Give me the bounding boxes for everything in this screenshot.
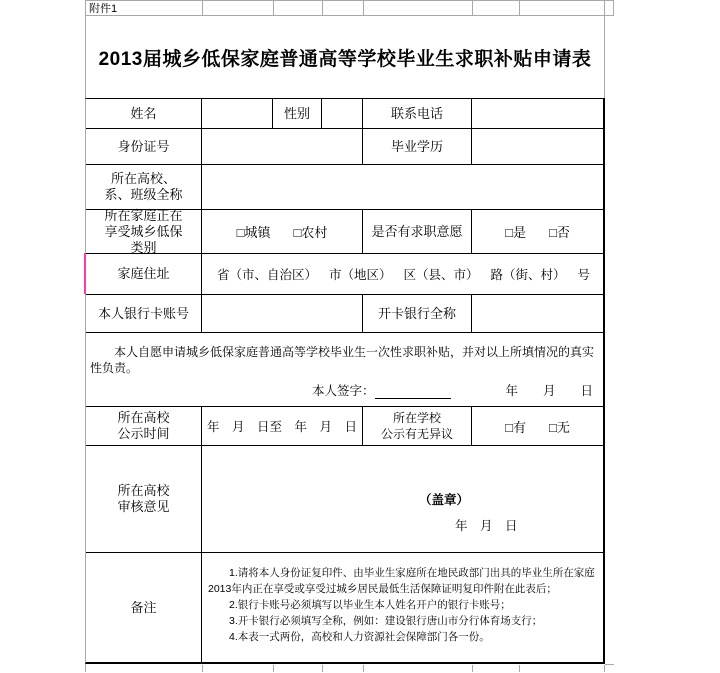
gridline-stub bbox=[604, 665, 605, 672]
address-road: 路（街、村） bbox=[490, 265, 565, 283]
bank-name-input-cell[interactable] bbox=[472, 295, 603, 333]
gridline-stub bbox=[273, 665, 274, 672]
bank-card-label: 本人银行卡账号 bbox=[86, 295, 202, 333]
id-number-label: 身份证号 bbox=[86, 129, 202, 165]
bank-name-label: 开卡银行全称 bbox=[363, 295, 472, 333]
objection-options-cell: □有 □无 bbox=[472, 407, 603, 446]
gridline-stub bbox=[202, 665, 203, 672]
checkbox-no[interactable]: □否 bbox=[549, 222, 570, 241]
checkbox-rural[interactable]: □农村 bbox=[294, 222, 328, 241]
name-input-cell[interactable] bbox=[202, 99, 273, 129]
attachment-label: 附件1 bbox=[89, 3, 117, 15]
gender-label: 性别 bbox=[273, 99, 322, 129]
application-form-table: 姓名 性别 联系电话 身份证号 毕业学历 所在高校、 系、班级全称 所在家庭正在… bbox=[85, 98, 605, 664]
review-date: 年 月 日 bbox=[455, 516, 518, 534]
gridline-top bbox=[85, 0, 614, 1]
gridline-stub bbox=[363, 0, 364, 16]
id-number-input-cell[interactable] bbox=[202, 129, 363, 165]
checkbox-has-objection[interactable]: □有 bbox=[505, 417, 526, 436]
school-label: 所在高校、 系、班级全称 bbox=[86, 165, 202, 210]
job-intent-label: 是否有求职意愿 bbox=[363, 210, 472, 254]
gridline-stub bbox=[519, 0, 520, 16]
gridline-stub bbox=[519, 665, 520, 672]
gridline-stub bbox=[472, 665, 473, 672]
declaration-text: 本人自愿申请城乡低保家庭普通高等学校毕业生一次性求职补贴，并对以上所填情况的真实… bbox=[90, 344, 598, 376]
gridline-stub bbox=[363, 665, 364, 672]
declaration-cell: 本人自愿申请城乡低保家庭普通高等学校毕业生一次性求职补贴，并对以上所填情况的真实… bbox=[86, 333, 603, 407]
publicity-time-label: 所在高校 公示时间 bbox=[86, 407, 202, 446]
notes-text: 1.请将本人身份证复印件、由毕业生家庭所在地民政部门出具的毕业生所在家庭 201… bbox=[202, 553, 603, 662]
signature-label: 本人签字： bbox=[312, 381, 375, 399]
degree-input-cell[interactable] bbox=[472, 129, 603, 165]
gridline-stub bbox=[202, 0, 203, 16]
publicity-dates-cell[interactable]: 年 月 日至 年 月 日 bbox=[202, 407, 363, 446]
address-input-cell[interactable]: 省（市、自治区） 市（地区） 区（县、市） 路（街、村） 号 bbox=[202, 254, 603, 295]
checkbox-yes[interactable]: □是 bbox=[505, 222, 526, 241]
gridline-stub bbox=[472, 0, 473, 16]
address-district: 区（县、市） bbox=[403, 265, 478, 283]
signature-row: 本人签字： 年 月 日 bbox=[90, 381, 598, 399]
school-input-cell[interactable] bbox=[202, 165, 603, 210]
lowbao-category-label: 所在家庭正在 享受城乡低保 类别 bbox=[86, 210, 202, 254]
phone-input-cell[interactable] bbox=[472, 99, 603, 129]
gridline-row1-bottom bbox=[85, 15, 614, 16]
degree-label: 毕业学历 bbox=[363, 129, 472, 165]
gridline-stub bbox=[322, 0, 323, 16]
review-opinion-cell[interactable]: （盖章） 年 月 日 bbox=[202, 446, 603, 553]
phone-label: 联系电话 bbox=[363, 99, 472, 129]
address-label: 家庭住址 bbox=[86, 254, 202, 295]
notes-label: 备注 bbox=[86, 553, 202, 662]
gridline-bottom-right bbox=[605, 664, 614, 665]
gridline-stub bbox=[273, 0, 274, 16]
signature-line[interactable] bbox=[375, 386, 451, 399]
address-number: 号 bbox=[577, 265, 590, 283]
seal-placeholder: （盖章） bbox=[419, 490, 469, 508]
objection-label: 所在学校 公示有无异议 bbox=[363, 407, 472, 446]
address-province: 省（市、自治区） bbox=[217, 265, 317, 283]
address-city: 市（地区） bbox=[329, 265, 392, 283]
page-break-indicator bbox=[84, 253, 86, 294]
gridline-stub bbox=[322, 665, 323, 672]
job-intent-options-cell: □是 □否 bbox=[472, 210, 603, 254]
spreadsheet-page: 附件1 2013届城乡低保家庭普通高等学校毕业生求职补贴申请表 姓名 性别 联系… bbox=[0, 0, 720, 673]
lowbao-options-cell: □城镇 □农村 bbox=[202, 210, 363, 254]
gender-input-cell[interactable] bbox=[322, 99, 363, 129]
bank-card-input-cell[interactable] bbox=[202, 295, 363, 333]
review-opinion-label: 所在高校 审核意见 bbox=[86, 446, 202, 553]
checkbox-urban[interactable]: □城镇 bbox=[237, 222, 271, 241]
name-label: 姓名 bbox=[86, 99, 202, 129]
checkbox-no-objection[interactable]: □无 bbox=[549, 417, 570, 436]
signature-date: 年 月 日 bbox=[505, 381, 598, 399]
gridline-stub bbox=[613, 0, 614, 16]
form-title: 2013届城乡低保家庭普通高等学校毕业生求职补贴申请表 bbox=[85, 44, 605, 71]
